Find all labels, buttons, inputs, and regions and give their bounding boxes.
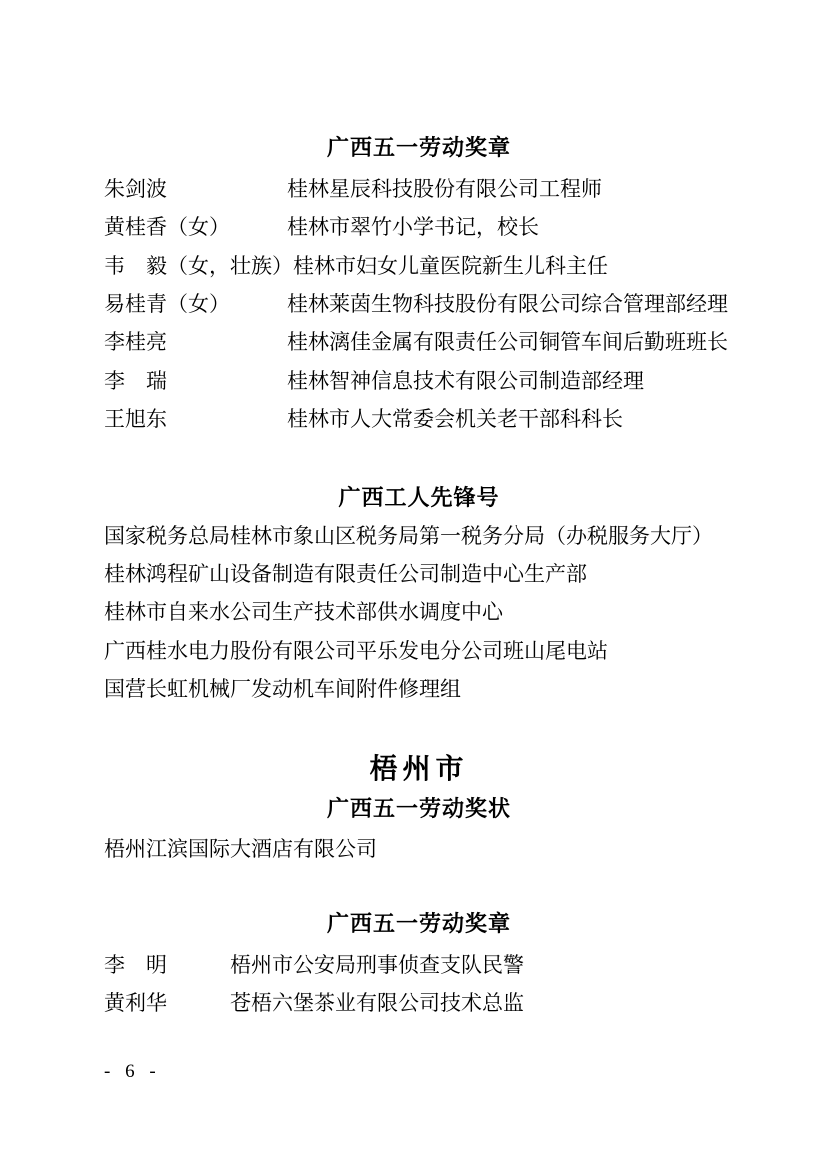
awardee-affiliation: 梧州市公安局刑事侦查支队民警 xyxy=(230,953,524,977)
awardee-name: 易桂青（女） xyxy=(104,292,287,316)
awardee-name: 李 瑞 xyxy=(104,369,287,393)
recipient-row: 梧州江滨国际大酒店有限公司 xyxy=(104,830,764,868)
organization-row: 桂林鸿程矿山设备制造有限责任公司制造中心生产部 xyxy=(104,555,764,593)
awardee-name: 黄桂香（女） xyxy=(104,215,287,239)
document-page: 广西五一劳动奖章 朱剑波 桂林星辰科技股份有限公司工程师 黄桂香（女） 桂林市翠… xyxy=(0,0,826,1169)
awardee-row: 王旭东 桂林市人大常委会机关老干部科科长 xyxy=(104,400,764,438)
awardee-row: 黄桂香（女） 桂林市翠竹小学书记，校长 xyxy=(104,208,764,246)
awardee-row: 朱剑波 桂林星辰科技股份有限公司工程师 xyxy=(104,170,764,208)
organization-row: 广西桂水电力股份有限公司平乐发电分公司班山尾电站 xyxy=(104,632,764,670)
wuzhou-medal-awardee-list: 李 明 梧州市公安局刑事侦查支队民警 黄利华 苍梧六堡茶业有限公司技术总监 xyxy=(104,945,764,1022)
organization-row: 国家税务总局桂林市象山区税务局第一税务分局（办税服务大厅） xyxy=(104,517,764,555)
awardee-row: 李 明 梧州市公安局刑事侦查支队民警 xyxy=(104,945,764,983)
awardee-name: 黄利华 xyxy=(104,991,230,1015)
wuzhou-medal-section-heading: 广西五一劳动奖章 xyxy=(104,910,734,938)
awardee-affiliation: 苍梧六堡茶业有限公司技术总监 xyxy=(230,991,524,1015)
awardee-affiliation: 桂林星辰科技股份有限公司工程师 xyxy=(287,177,602,201)
awardee-row: 黄利华 苍梧六堡茶业有限公司技术总监 xyxy=(104,984,764,1022)
awardee-name: 韦 毅（女，壮族） xyxy=(104,254,293,278)
page-number: - 6 - xyxy=(104,1060,826,1084)
organization-name: 广西桂水电力股份有限公司平乐发电分公司班山尾电站 xyxy=(104,639,608,663)
awardee-row: 李 瑞 桂林智神信息技术有限公司制造部经理 xyxy=(104,361,764,399)
awardee-affiliation: 桂林漓佳金属有限责任公司铜管车间后勤班班长 xyxy=(287,330,728,354)
guilin-medal-awardee-list: 朱剑波 桂林星辰科技股份有限公司工程师 黄桂香（女） 桂林市翠竹小学书记，校长 … xyxy=(104,170,764,438)
awardee-name: 李桂亮 xyxy=(104,330,287,354)
awardee-row: 李桂亮 桂林漓佳金属有限责任公司铜管车间后勤班班长 xyxy=(104,323,764,361)
awardee-affiliation: 桂林莱茵生物科技股份有限公司综合管理部经理 xyxy=(287,292,728,316)
awardee-row: 韦 毅（女，壮族） 桂林市妇女儿童医院新生儿科主任 xyxy=(104,246,764,284)
guilin-medal-section-heading: 广西五一劳动奖章 xyxy=(104,134,734,162)
organization-name: 桂林鸿程矿山设备制造有限责任公司制造中心生产部 xyxy=(104,562,587,586)
organization-row: 国营长虹机械厂发动机车间附件修理组 xyxy=(104,670,764,708)
organization-row: 桂林市自来水公司生产技术部供水调度中心 xyxy=(104,593,764,631)
organization-name: 国家税务总局桂林市象山区税务局第一税务分局（办税服务大厅） xyxy=(104,524,713,548)
awardee-name: 李 明 xyxy=(104,953,230,977)
wuzhou-city-heading: 梧州市 xyxy=(104,752,734,786)
awardee-affiliation: 桂林智神信息技术有限公司制造部经理 xyxy=(287,369,644,393)
organization-name: 桂林市自来水公司生产技术部供水调度中心 xyxy=(104,600,503,624)
awardee-affiliation: 桂林市人大常委会机关老干部科科长 xyxy=(287,407,623,431)
awardee-row: 易桂青（女） 桂林莱茵生物科技股份有限公司综合管理部经理 xyxy=(104,285,764,323)
awardee-name: 朱剑波 xyxy=(104,177,287,201)
guilin-pioneer-section-heading: 广西工人先锋号 xyxy=(104,484,734,512)
wuzhou-certificate-recipient-list: 梧州江滨国际大酒店有限公司 xyxy=(104,830,764,868)
awardee-affiliation: 桂林市翠竹小学书记，校长 xyxy=(287,215,539,239)
awardee-affiliation: 桂林市妇女儿童医院新生儿科主任 xyxy=(293,254,608,278)
organization-name: 国营长虹机械厂发动机车间附件修理组 xyxy=(104,677,461,701)
awardee-name: 王旭东 xyxy=(104,407,287,431)
wuzhou-certificate-section-heading: 广西五一劳动奖状 xyxy=(104,795,734,823)
recipient-name: 梧州江滨国际大酒店有限公司 xyxy=(104,837,377,861)
guilin-pioneer-organization-list: 国家税务总局桂林市象山区税务局第一税务分局（办税服务大厅） 桂林鸿程矿山设备制造… xyxy=(104,517,764,709)
